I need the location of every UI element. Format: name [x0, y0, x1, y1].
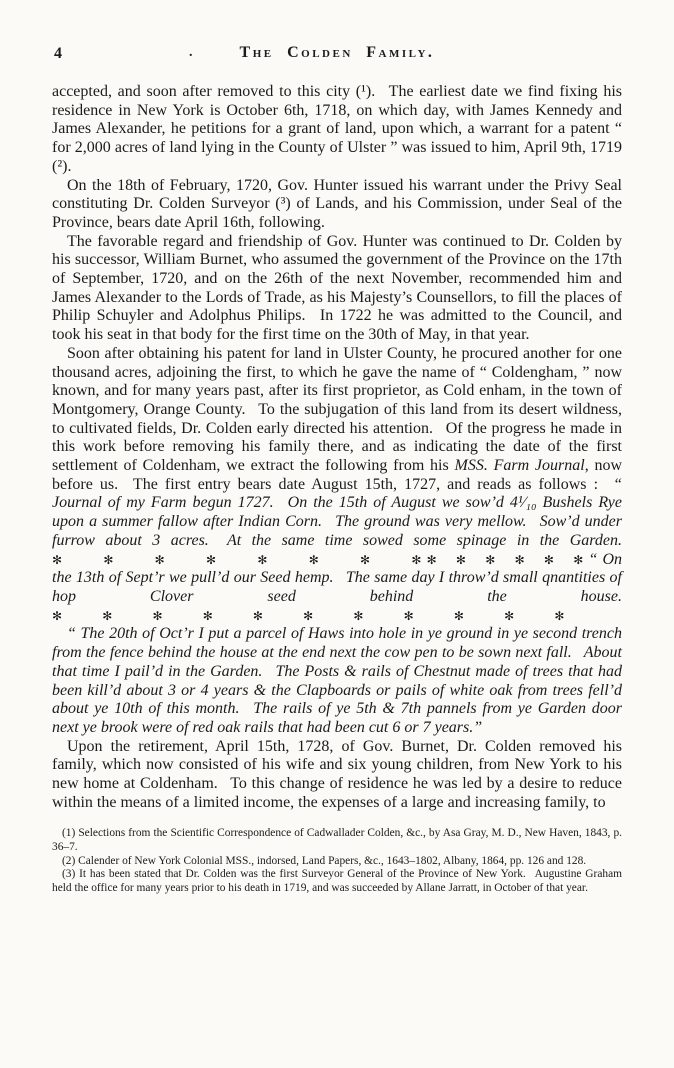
page-number: 4 [54, 45, 62, 63]
text-segment: “ The 20th of Oct’r I put a parcel of Ha… [52, 625, 622, 736]
text-segment: MSS. Farm Journal [454, 457, 584, 474]
footnotes: (1) Selections from the Scientific Corre… [52, 827, 622, 895]
footnote: (3) It has been stated that Dr. Colden w… [52, 868, 622, 895]
page-title: The Colden Family. [52, 44, 622, 62]
footnote: (2) Calender of New York Colonial MSS., … [52, 855, 622, 869]
book-page: 4 . The Colden Family. accepted, and soo… [0, 0, 674, 1068]
footnote: (1) Selections from the Scientific Corre… [52, 827, 622, 854]
paragraph: “ The 20th of Oct’r I put a parcel of Ha… [52, 625, 622, 737]
text-segment: Soon after obtaining his patent for land… [52, 345, 622, 474]
paragraph: accepted, and soon after removed to this… [52, 83, 622, 177]
paragraph: Upon the retirement, April 15th, 1728, o… [52, 738, 622, 813]
text-segment: Upon the retirement, April 15th, 1728, o… [52, 738, 622, 811]
stray-ink-mark: . [189, 45, 193, 61]
running-head: 4 . The Colden Family. [52, 44, 622, 66]
text-segment: accepted, and soon after removed to this… [52, 83, 622, 175]
body-text: accepted, and soon after removed to this… [52, 83, 622, 812]
text-segment: The favorable regard and friendship of G… [52, 233, 622, 344]
paragraph: Soon after obtaining his patent for land… [52, 345, 622, 626]
asterisk-separator: ✻ ✻ ✻ ✻ ✻ ✻ ✻ ✻ [52, 553, 421, 567]
asterisk-separator: ✻ ✻ ✻ ✻ ✻ ✻ [427, 553, 584, 567]
paragraph: On the 18th of February, 1720, Gov. Hunt… [52, 177, 622, 233]
asterisk-separator: ✻ ✻ ✻ ✻ ✻ ✻ ✻ ✻ ✻ ✻ ✻ [52, 609, 564, 623]
text-segment: On the 18th of February, 1720, Gov. Hunt… [52, 177, 622, 231]
paragraph: The favorable regard and friendship of G… [52, 233, 622, 345]
